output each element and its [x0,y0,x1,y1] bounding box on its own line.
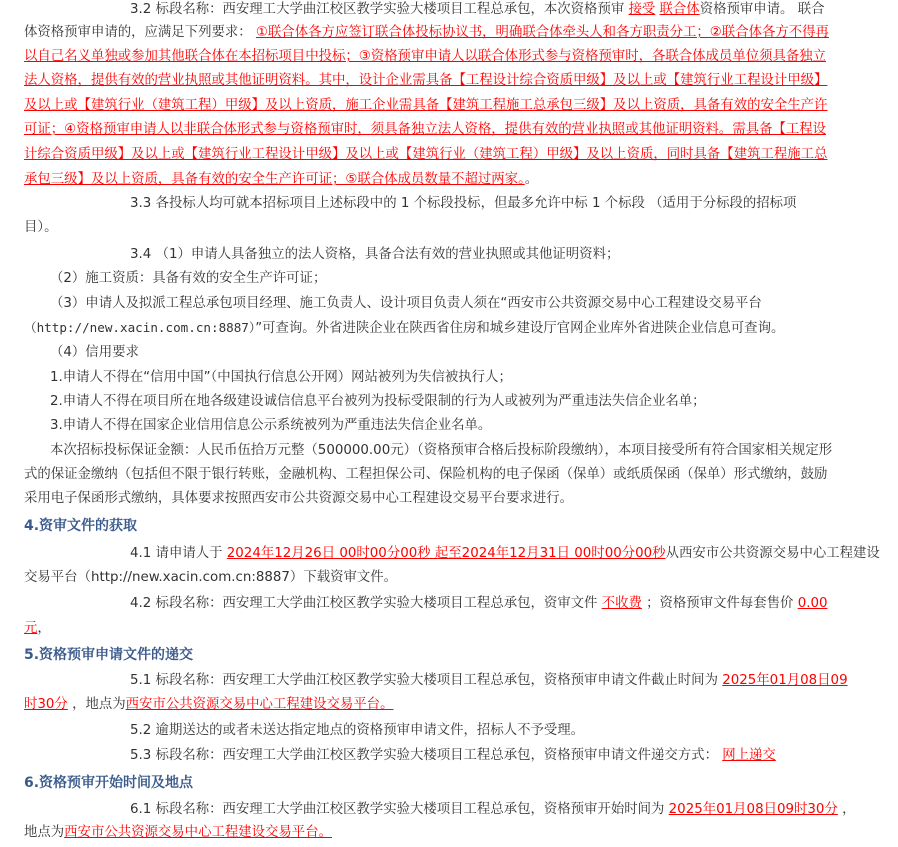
requirement-text-line6: 可证；④资格预审申请人以非联合体形式参与资格预审时，须具备独立法人资格，提供有效… [24,118,826,142]
section-4-heading: 4.资审文件的获取 [24,514,137,538]
price-unit-link[interactable]: 元 [24,621,37,636]
paragraph-3-3-line2: 目）。 [24,216,57,240]
paragraph-4-2-line1: 4.2 标段名称：西安理工大学曲江校区教学实验大楼项目工程总承包，资审文件 不收… [130,592,828,616]
deposit-line3: 采用电子保函形式缴纳，具体要求按照西安市公共资源交易中心工程建设交易平台要求进行… [24,487,573,511]
requirement-text: ①联合体各方应签订联合体投标协议书，明确联合体牵头人和各方职责分工；②联合体各方… [256,25,829,40]
paragraph-4-1-line2: 交易平台（http://new.xacin.com.cn:8887）下载资审文件… [24,566,397,590]
download-period-link[interactable]: 2024年12月26日 00时00分00秒 起至2024年12月31日 00时0… [227,546,666,561]
section-5-heading: 5.资格预审申请文件的递交 [24,643,193,667]
text: 4.1 请申请人于 [130,546,227,561]
paragraph-4-2-line2: 元， [24,617,51,641]
requirement-text: 承包三级】及以上资质，具备有效的安全生产许可证；⑤联合体成员数量不超过两家。 [24,172,525,187]
paragraph-3-4-item3-line2: （http://new.xacin.com.cn:8887）”可查询。外省进陕企… [24,316,784,340]
consortium-link[interactable]: 联合体 [660,2,700,17]
paragraph-3-4-item3-line1: （3）申请人及拟派工程总承包项目经理、施工负责人、设计项目负责人须在“西安市公共… [50,292,762,316]
requirement-text-line5: 及以上或【建筑行业（建筑工程）甲级】及以上资质，施工企业需具备【建筑工程施工总承… [24,94,827,118]
text: 地点为 [24,825,64,840]
text: ，地点为 [68,697,126,712]
text: ；资格预审文件每套售价 [642,596,798,611]
text: 体资格预审申请的，应满足下列要求： [24,25,256,40]
paragraph-6-1-line2: 地点为西安市公共资源交易中心工程建设交易平台。 [24,821,332,845]
credit-item-1: 1.申请人不得在“信用中国”（中国执行信息公开网）网站被列为失信被执行人； [50,366,512,390]
paragraph-3-4-line1: 3.4 （1）申请人具备独立的法人资格，具备合法有效的营业执照或其他证明资料； [130,243,619,267]
text: 4.2 标段名称：西安理工大学曲江校区教学实验大楼项目工程总承包，资审文件 [130,596,602,611]
text: ， [37,621,50,636]
paragraph-3-2-line1: 3.2 标段名称：西安理工大学曲江校区教学实验大楼项目工程总承包，本次资格预审 … [130,0,824,22]
paragraph-3-4-item4: （4）信用要求 [50,341,139,365]
paragraph-3-4-item2: （2）施工资质：具备有效的安全生产许可证； [50,267,326,291]
price-link[interactable]: 0.00 [798,596,828,611]
accept-link[interactable]: 接受 [628,2,655,17]
text: 6.1 标段名称：西安理工大学曲江校区教学实验大楼项目工程总承包，资格预审开始时… [130,802,669,817]
paragraph-5-2: 5.2 逾期送达的或者未送达指定地点的资格预审申请文件，招标人不予受理。 [130,719,584,743]
credit-item-3: 3.申请人不得在国家企业信用信息公示系统被列为严重违法失信企业名单。 [50,414,491,438]
deposit-line1: 本次招标投标保证金额：人民币伍拾万元整（500000.00元）（资格预审合格后投… [50,439,832,463]
text: 5.1 标段名称：西安理工大学曲江校区教学实验大楼项目工程总承包，资格预审申请文… [130,673,722,688]
text: 从西安市公共资源交易中心工程建设 [666,546,880,561]
paragraph-3-3-line1: 3.3 各投标人均可就本招标项目上述标段中的 1 个标段投标，但最多允许中标 1… [130,192,796,216]
requirement-text-line7: 计综合资质甲级】及以上或【建筑行业工程设计甲级】及以上或【建筑行业（建筑工程）甲… [24,143,827,167]
paragraph-5-1-line1: 5.1 标段名称：西安理工大学曲江校区教学实验大楼项目工程总承包，资格预审申请文… [130,669,848,693]
text: ”可查询。外省进陕企业在陕西省住房和城乡建设厅官网企业库外省进陕企业信息可查询。 [255,321,784,336]
text: 。 [525,172,538,187]
text: 资格预审申请。 联合 [700,2,825,17]
location-link[interactable]: 西安市公共资源交易中心工程建设交易平台。 [126,697,394,712]
paragraph-4-1-line1: 4.1 请申请人于 2024年12月26日 00时00分00秒 起至2024年1… [130,542,880,566]
paragraph-5-1-line2: 时30分 ，地点为西安市公共资源交易中心工程建设交易平台。 [24,693,393,717]
location-link[interactable]: 西安市公共资源交易中心工程建设交易平台。 [64,825,332,840]
text: 3.2 标段名称：西安理工大学曲江校区教学实验大楼项目工程总承包，本次资格预审 [130,2,628,17]
requirement-text-line8: 承包三级】及以上资质，具备有效的安全生产许可证；⑤联合体成员数量不超过两家。。 [24,168,538,192]
requirement-text-line3: 以自己名义单独或参加其他联合体在本招标项目中投标；③资格预审申请人以联合体形式参… [24,45,826,69]
credit-item-2: 2.申请人不得在项目所在地各级建设诚信信息平台被列为投标受限制的行为人或被列为严… [50,390,706,414]
section-6-heading: 6.资格预审开始时间及地点 [24,771,193,795]
fee-link[interactable]: 不收费 [602,596,642,611]
deadline-link[interactable]: 2025年01月08日09 [722,673,847,688]
submission-method-link[interactable]: 网上递交 [722,748,776,763]
deposit-line2: 式的保证金缴纳（包括但不限于银行转账，金融机构、工程担保公司、保险机构的电子保函… [24,463,827,487]
start-time-link[interactable]: 2025年01月08日09时30分 [669,802,838,817]
paragraph-6-1-line1: 6.1 标段名称：西安理工大学曲江校区教学实验大楼项目工程总承包，资格预审开始时… [130,798,856,822]
deadline-link-cont[interactable]: 时30分 [24,697,68,712]
requirement-text-line4: 法人资格，提供有效的营业执照或其他证明资料。其中，设计企业需具备【工程设计综合资… [24,69,827,93]
paragraph-3-2-line2: 体资格预审申请的，应满足下列要求： ①联合体各方应签订联合体投标协议书，明确联合… [24,21,829,45]
text: ， [838,802,856,817]
text: 5.3 标段名称：西安理工大学曲江校区教学实验大楼项目工程总承包，资格预审申请文… [130,748,722,763]
platform-url: （http://new.xacin.com.cn:8887） [24,320,255,335]
paragraph-5-3: 5.3 标段名称：西安理工大学曲江校区教学实验大楼项目工程总承包，资格预审申请文… [130,744,776,768]
